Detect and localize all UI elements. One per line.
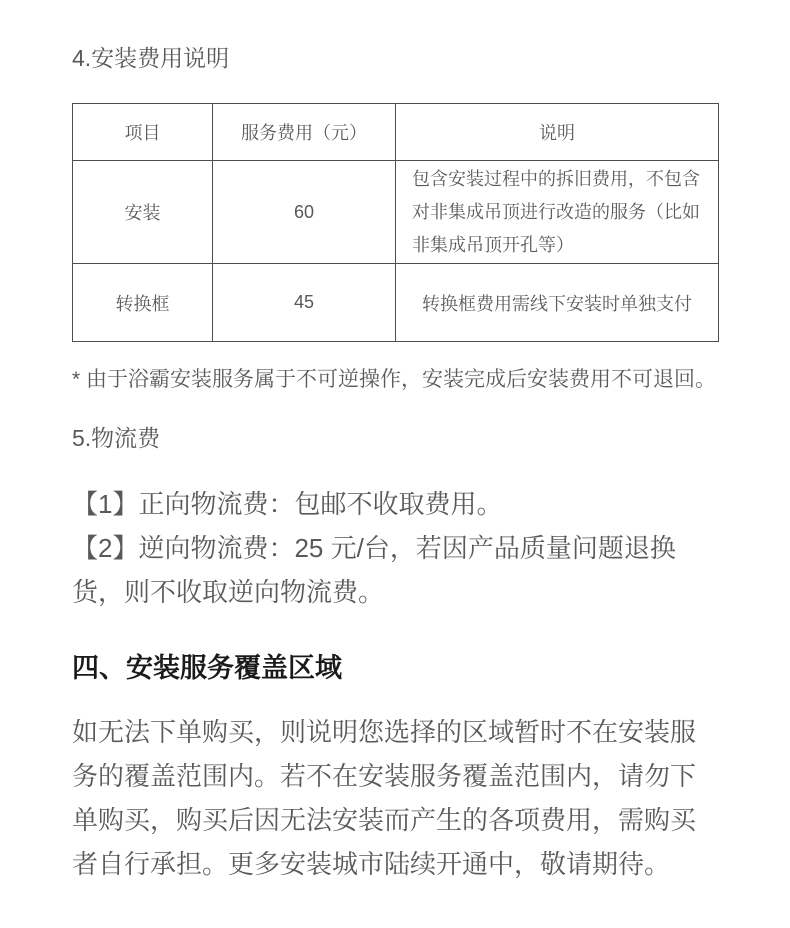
installation-fee-heading: 4.安装费用说明 xyxy=(72,44,718,72)
non-refundable-note: * 由于浴霸安装服务属于不可逆操作，安装完成后安装费用不可退回。 xyxy=(72,366,718,394)
cell-adapter-fee: 45 xyxy=(213,264,396,342)
fee-table-header-item: 项目 xyxy=(73,104,213,161)
coverage-area-paragraph: 如无法下单购买，则说明您选择的区域暂时不在安装服务的覆盖范围内。若不在安装服务覆… xyxy=(72,710,720,886)
content-area: 4.安装费用说明 项目 服务费用（元） 说明 安装 60 包含安装过程中的拆旧费… xyxy=(0,0,790,886)
reverse-logistics-item: 【2】逆向物流费：25 元/台，若因产品质量问题退换货，则不收取逆向物流费。 xyxy=(72,526,694,614)
forward-logistics-item: 【1】正向物流费：包邮不收取费用。 xyxy=(72,482,694,526)
cell-install-desc: 包含安装过程中的拆旧费用，不包含对非集成吊顶进行改造的服务（比如非集成吊顶开孔等… xyxy=(396,161,719,264)
installation-fee-table: 项目 服务费用（元） 说明 安装 60 包含安装过程中的拆旧费用，不包含对非集成… xyxy=(72,103,719,342)
coverage-area-heading: 四、安装服务覆盖区域 xyxy=(72,652,718,684)
cell-adapter-item: 转换框 xyxy=(73,264,213,342)
product-description-page: 4.安装费用说明 项目 服务费用（元） 说明 安装 60 包含安装过程中的拆旧费… xyxy=(0,0,790,928)
cell-install-fee: 60 xyxy=(213,161,396,264)
table-row-adapter-frame: 转换框 45 转换框费用需线下安装时单独支付 xyxy=(73,264,719,342)
fee-table-header-fee: 服务费用（元） xyxy=(213,104,396,161)
cell-adapter-desc: 转换框费用需线下安装时单独支付 xyxy=(396,264,719,342)
fee-table-header-row: 项目 服务费用（元） 说明 xyxy=(73,104,719,161)
cell-install-item: 安装 xyxy=(73,161,213,264)
logistics-fee-heading: 5.物流费 xyxy=(72,424,718,452)
table-row-install: 安装 60 包含安装过程中的拆旧费用，不包含对非集成吊顶进行改造的服务（比如非集… xyxy=(73,161,719,264)
logistics-fee-list: 【1】正向物流费：包邮不收取费用。 【2】逆向物流费：25 元/台，若因产品质量… xyxy=(72,482,718,614)
fee-table-header-desc: 说明 xyxy=(396,104,719,161)
